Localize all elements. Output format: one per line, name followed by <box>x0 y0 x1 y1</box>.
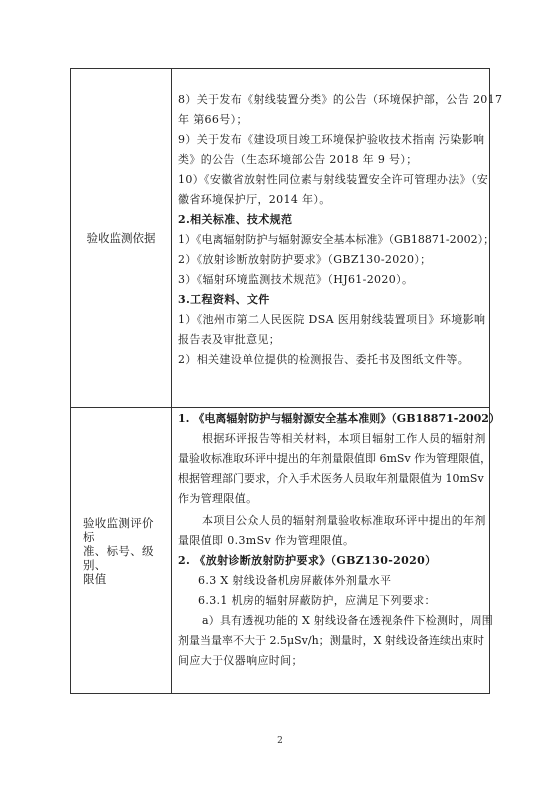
text-line: 根据管理部门要求，介入手术医务人员取年剂量限值为 10mSv <box>178 470 485 488</box>
text-line: 年 第66号）； <box>178 111 485 129</box>
text-line: 类》的公告（生态环境部公告 2018 年 9 号）； <box>178 151 485 169</box>
text-line: 剂量当量率不大于 2.5μSv/h；测量时，X 射线设备连续出束时 <box>178 632 485 650</box>
text-line: 2）相关建设单位提供的检测报告、委托书及图纸文件等。 <box>178 351 485 369</box>
text-line: 量限值即 0.3mSv 作为管理限值。 <box>178 532 485 550</box>
section-heading: 2.相关标准、技术规范 <box>178 211 485 229</box>
acceptance-monitoring-table: 验收监测依据 8）关于发布《射线装置分类》的公告（环境保护部，公告 2017 年… <box>70 68 490 694</box>
text-line: 9）关于发布《建设项目竣工环境保护验收技术指南 污染影响 <box>178 131 485 149</box>
section-heading: 3.工程资料、文件 <box>178 291 485 309</box>
row-content-monitoring-basis: 8）关于发布《射线装置分类》的公告（环境保护部，公告 2017 年 第66号）；… <box>172 69 489 407</box>
text-line: 8）关于发布《射线装置分类》的公告（环境保护部，公告 2017 <box>178 91 485 109</box>
page-number: 2 <box>0 736 560 746</box>
row-label-monitoring-basis: 验收监测依据 <box>71 69 172 407</box>
text-line: 1）《池州市第二人民医院 DSA 医用射线装置项目》环境影响 <box>178 311 485 329</box>
document-page: 验收监测依据 8）关于发布《射线装置分类》的公告（环境保护部，公告 2017 年… <box>0 0 560 792</box>
text-line: 1）《电离辐射防护与辐射源安全基本标准》（GB18871-2002）； <box>178 231 485 249</box>
text-line: 2）《放射诊断放射防护要求》（GBZ130-2020）； <box>178 251 485 269</box>
row-content-evaluation-standards: 1. 《电离辐射防护与辐射源安全基本准则》（GB18871-2002） 根据环评… <box>172 408 489 693</box>
table-row-evaluation-standards: 验收监测评价标 准、标号、级别、 限值 1. 《电离辐射防护与辐射源安全基本准则… <box>71 408 489 693</box>
text-line: 间应大于仪器响应时间； <box>178 652 485 670</box>
text-line: 10）《安徽省放射性同位素与射线装置安全许可管理办法》（安 <box>178 171 485 189</box>
table-row-monitoring-basis: 验收监测依据 8）关于发布《射线装置分类》的公告（环境保护部，公告 2017 年… <box>71 69 489 408</box>
row-label-evaluation-standards: 验收监测评价标 准、标号、级别、 限值 <box>71 408 172 693</box>
text-line: 量验收标准取环评中提出的年剂量限值即 6mSv 作为管理限值， <box>178 450 485 468</box>
text-line: 徽省环境保护厅，2014 年）。 <box>178 191 485 209</box>
text-line: 本项目公众人员的辐射剂量验收标准取环评中提出的年剂 <box>178 512 485 530</box>
text-line: 6.3.1 机房的辐射屏蔽防护，应满足下列要求： <box>178 592 485 610</box>
text-line: 6.3 X 射线设备机房屏蔽体外剂量水平 <box>178 572 485 590</box>
text-line: a）具有透视功能的 X 射线设备在透视条件下检测时，周围 <box>178 612 485 630</box>
text-line: 根据环评报告等相关材料，本项目辐射工作人员的辐射剂 <box>178 430 485 448</box>
section-heading: 2. 《放射诊断放射防护要求》（GBZ130-2020） <box>178 552 485 570</box>
text-line: 3）《辐射环境监测技术规范》（HJ61-2020）。 <box>178 271 485 289</box>
section-heading: 1. 《电离辐射防护与辐射源安全基本准则》（GB18871-2002） <box>178 410 485 428</box>
text-line: 作为管理限值。 <box>178 490 485 508</box>
text-line: 报告表及审批意见； <box>178 331 485 349</box>
